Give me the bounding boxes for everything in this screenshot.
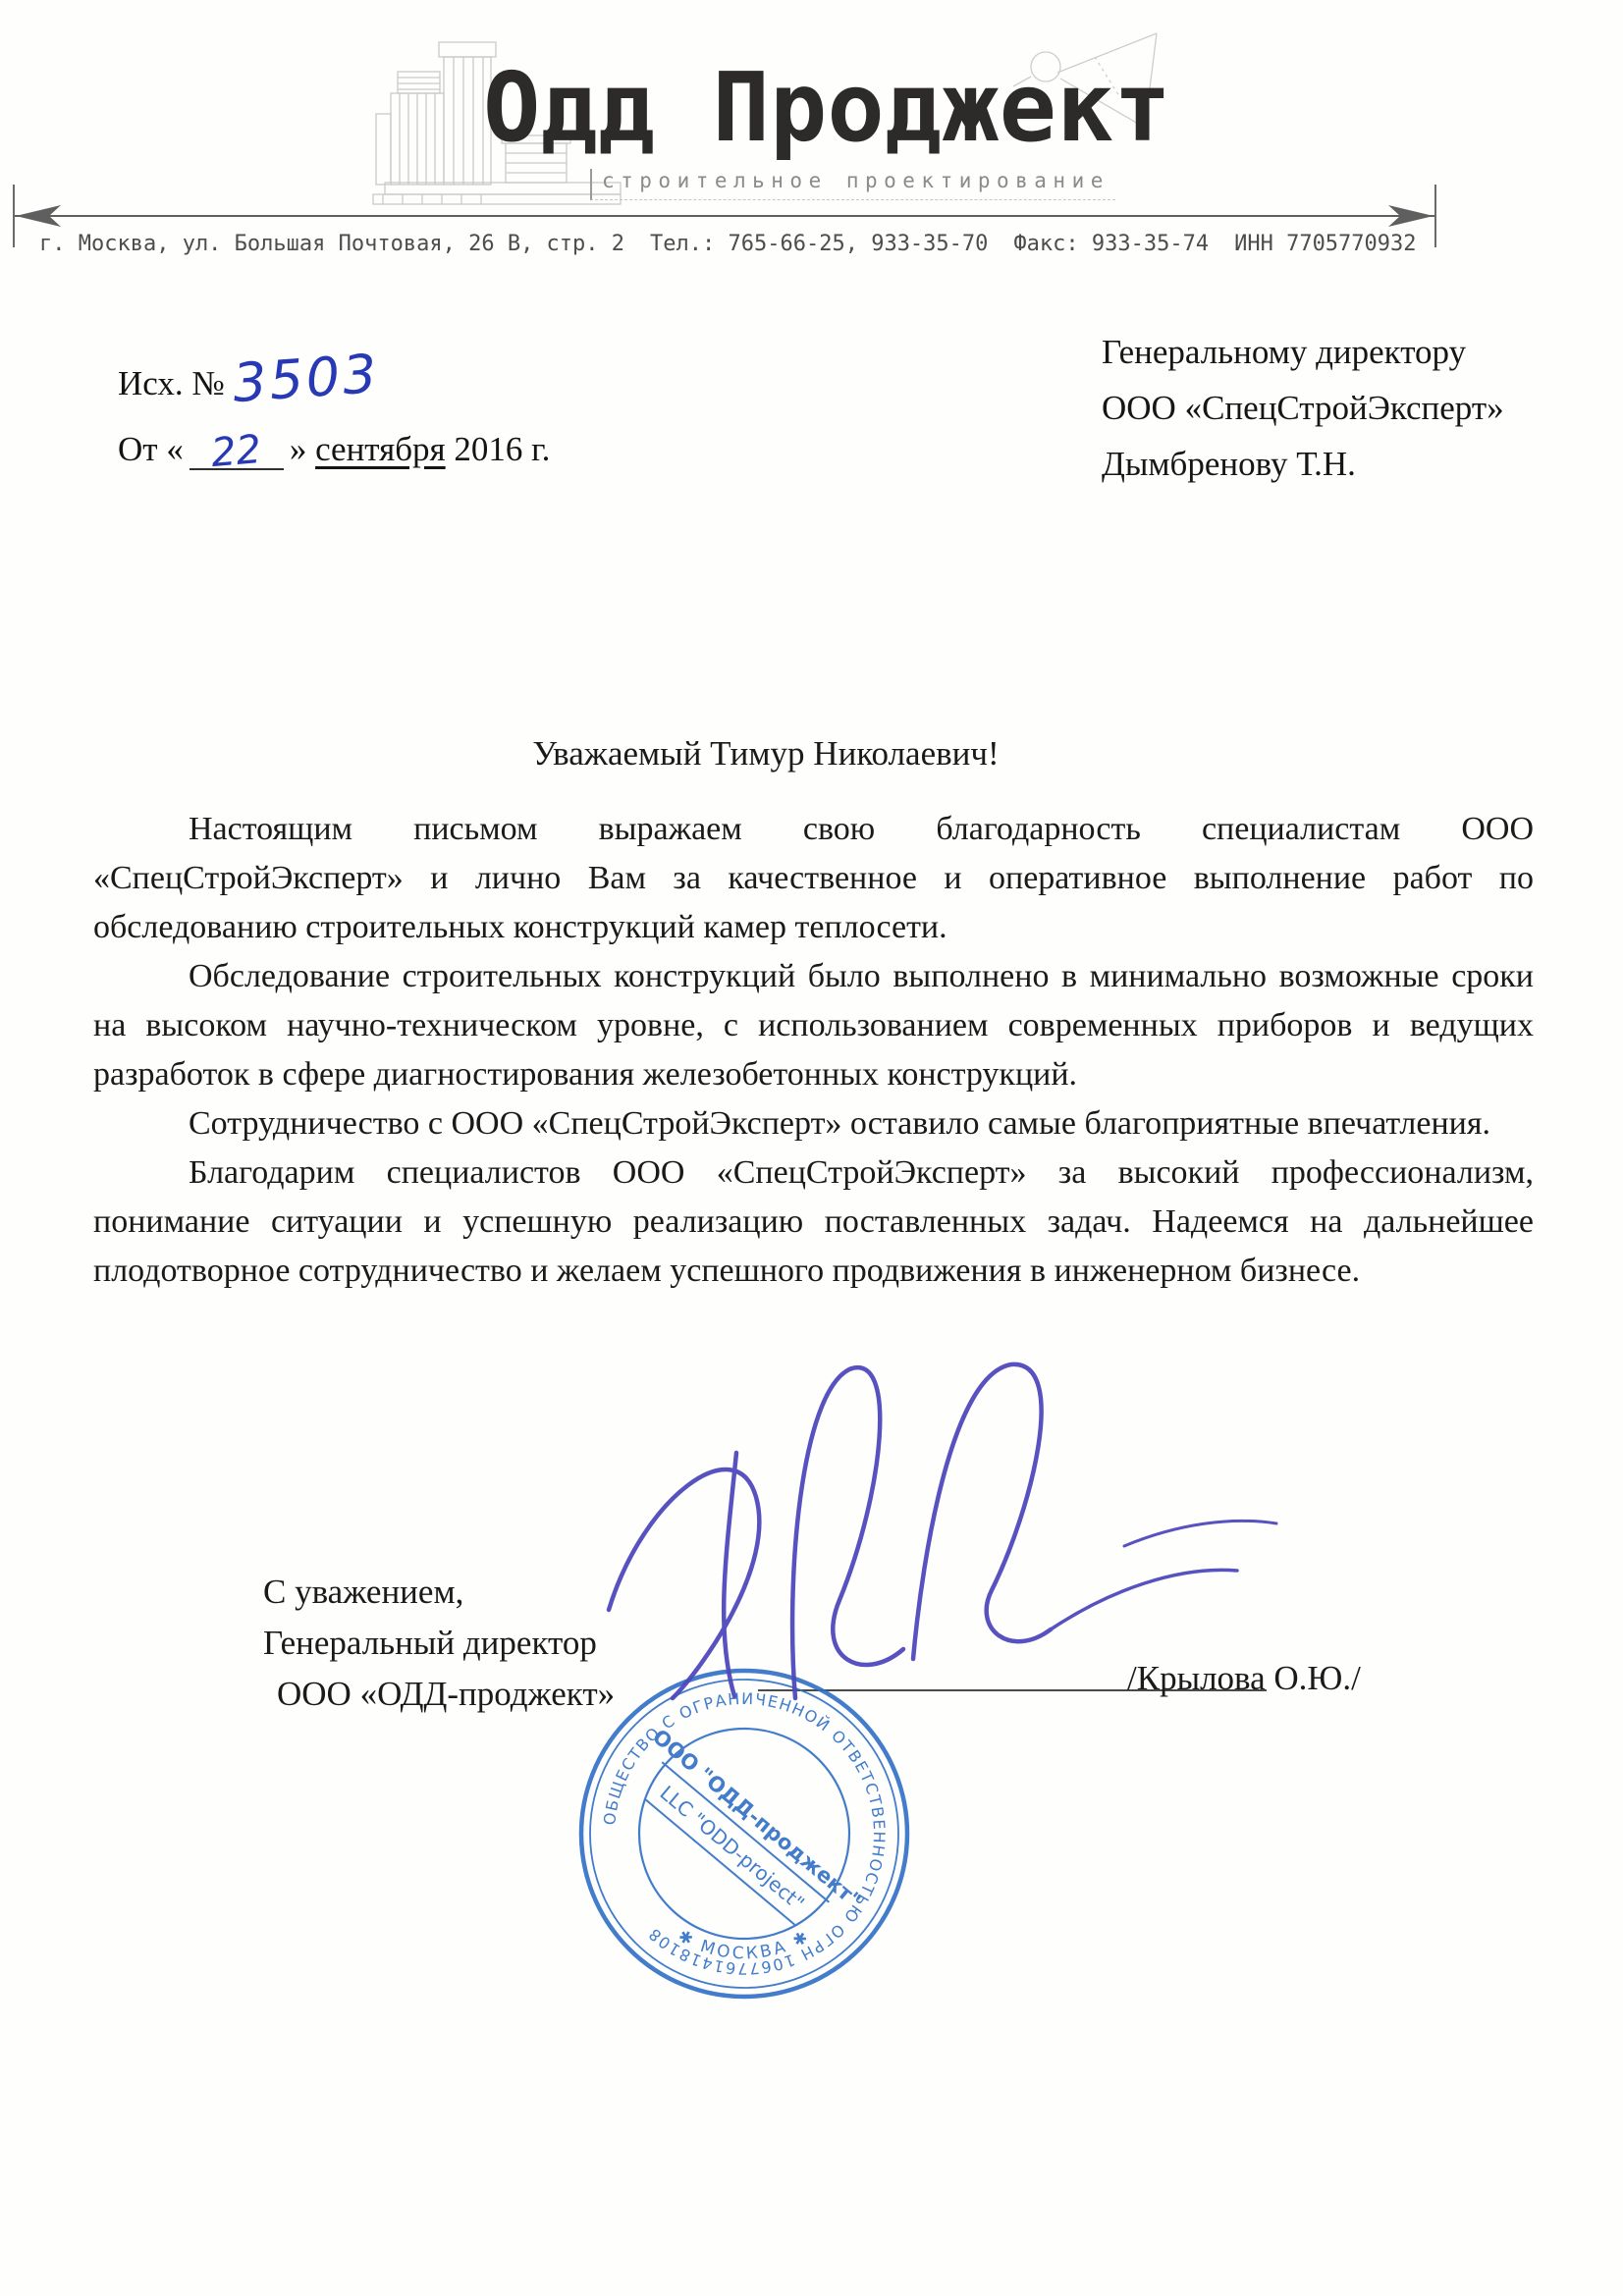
signature-ink xyxy=(589,1335,1335,1747)
date-day-slot: 22 xyxy=(189,423,284,470)
body-paragraph: Обследование строительных конструкций бы… xyxy=(93,952,1534,1099)
handwritten-outgoing-number: 3503 xyxy=(231,343,381,414)
signature-block: С уважением, Генеральный директор ООО «О… xyxy=(263,1567,615,1720)
signer-title: Генеральный директор xyxy=(263,1618,615,1669)
addressee-position: Генеральному директору xyxy=(1102,324,1504,380)
reference-block: Исх. №3503 От «22» сентября 2016 г. xyxy=(118,346,550,472)
date-line: От «22» сентября 2016 г. xyxy=(118,425,550,472)
closing: С уважением, xyxy=(263,1567,615,1618)
addressee-person: Дымбренову Т.Н. xyxy=(1102,436,1504,492)
date-month: сентября xyxy=(315,430,446,468)
date-close-quote: » xyxy=(290,430,307,468)
outgoing-number-line: Исх. №3503 xyxy=(118,346,550,407)
company-phone: Тел.: 765-66-25, 933-35-70 xyxy=(650,232,988,256)
body-paragraph: Сотрудничество с ООО «СпецСтройЭксперт» … xyxy=(93,1099,1534,1148)
company-inn: ИНН 7705770932 xyxy=(1234,232,1416,256)
signer-company: ООО «ОДД-проджект» xyxy=(263,1669,615,1720)
body-paragraph: Настоящим письмом выражаем свою благодар… xyxy=(93,805,1534,952)
date-year: 2016 г. xyxy=(454,430,550,468)
logo-subtitle: строительное проектирование xyxy=(590,169,1115,200)
date-prefix: От « xyxy=(118,430,184,468)
letterhead-contacts: г. Москва, ул. Большая Почтовая, 26 В, с… xyxy=(39,232,1417,256)
letter-body: Настоящим письмом выражаем свою благодар… xyxy=(93,805,1534,1296)
company-logo: Одд Проджект xyxy=(483,59,1171,157)
addressee-company: ООО «СпецСтройЭксперт» xyxy=(1102,380,1504,436)
letter-page: Одд Проджект строительное проектирование… xyxy=(0,0,1623,2296)
handwritten-day: 22 xyxy=(209,427,263,476)
company-address: г. Москва, ул. Большая Почтовая, 26 В, с… xyxy=(39,232,624,256)
body-paragraph: Благодарим специалистов ООО «СпецСтройЭк… xyxy=(93,1148,1534,1296)
salutation: Уважаемый Тимур Николаевич! xyxy=(0,734,1532,774)
outgoing-number-label: Исх. № xyxy=(118,364,225,402)
company-fax: Факс: 933-35-74 xyxy=(1013,232,1209,256)
addressee-block: Генеральному директору ООО «СпецСтройЭкс… xyxy=(1102,324,1504,492)
